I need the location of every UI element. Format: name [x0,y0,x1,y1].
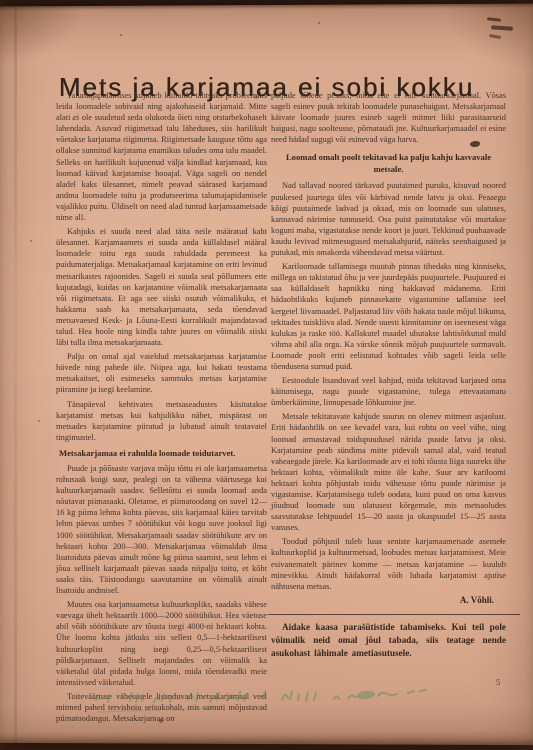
scanned-newspaper-page: Mets ja karjamaa ei sobi kokku Talumajap… [0,0,533,750]
paper-stain-top-left [0,0,92,68]
left-column: Talumajapidamises kujuneb küllaltki täht… [56,90,267,727]
page-top-edge [0,0,533,6]
paper-stain-top-right [433,0,533,76]
author-signature: A. Võhli. [271,595,494,606]
paragraph: Toiteväärtuse vähesusele lisanduvad mets… [56,691,267,724]
paragraph: Kariloomade tallamisega muutub pinnas ti… [271,261,506,372]
paragraph: Puude ja põõsaste varjava mõju tõttu ei … [56,463,267,596]
paragraph: Tänapäeval kehtivates metsaseadustes käs… [56,399,267,443]
page-bottom-edge [0,743,533,750]
paragraph: Talumajapidamises kujuneb küllaltki täht… [56,90,267,223]
left-column-subheading: Metsakarjamaa ei rahulda loomade toiduta… [56,448,267,459]
paragraph: Muutes osa karjamaametsa kultuurkopliks,… [56,599,267,688]
right-column: paljude tõbede pesaks, mida ette ei tule… [271,90,506,664]
notice-divider-rule [268,614,520,615]
paper-crease-left [14,0,17,750]
paragraph: Nad tallavad noored tärkavad puutaimed p… [271,180,506,258]
paragraph: Metsale tekitatavate kahjude suurus on o… [271,411,506,533]
paragraph: Eestoodule lisanduvad veel kahjud, mida … [271,375,506,408]
ink-smudge-marks [487,16,521,42]
parachutist-notice: Aidake kaasa parašütistide tabamiseks. K… [271,621,506,661]
paragraph: Toodud põhjusil tuleb luua seniste karja… [271,536,506,591]
page-number: 5 [496,677,500,687]
paragraph-continuation: paljude tõbede pesaks, mida ette ei tule… [271,90,506,145]
right-column-subheading: Loomad omalt poolt tekitavad ka palju ka… [277,151,500,175]
paragraph: Palju on omal ajal vaieldud metsakarjama… [56,351,267,395]
paragraph: Kahjuks ei suuda need alad täita neile m… [56,226,267,348]
